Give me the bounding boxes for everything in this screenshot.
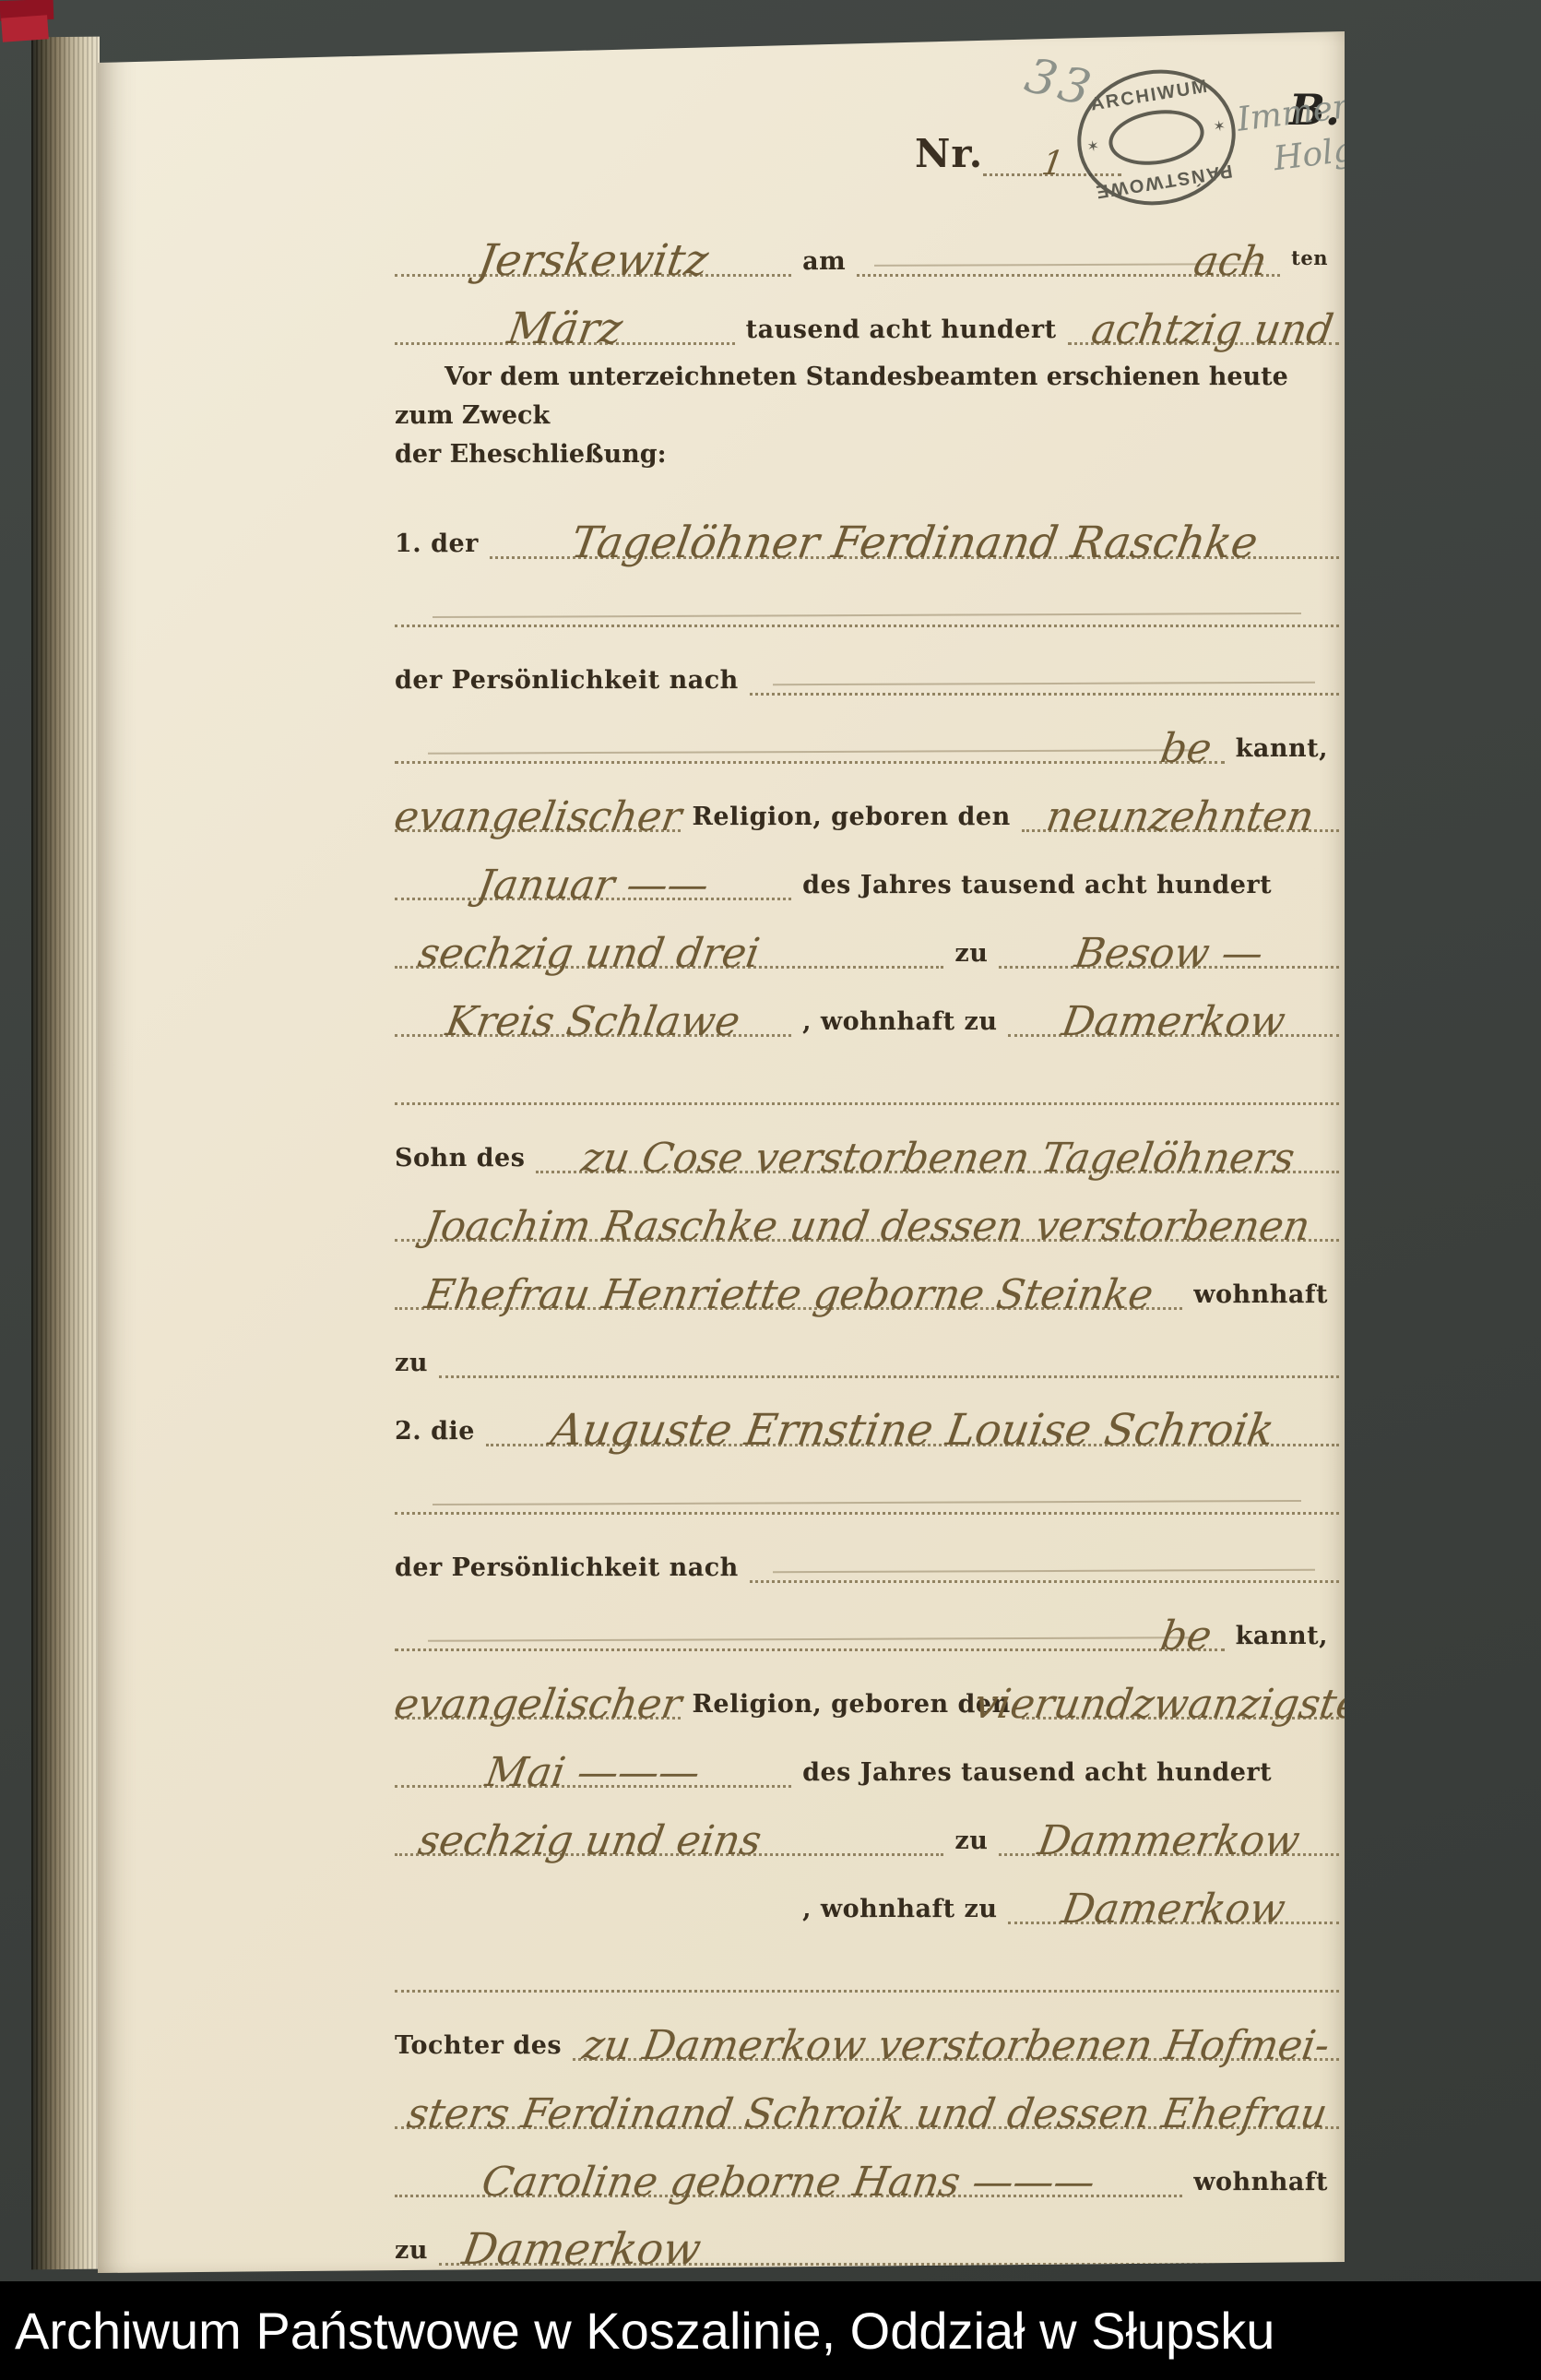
groom-name-row: 1. der Tagelöhner Ferdinand Raschke	[395, 491, 1339, 559]
pencil-annotation-number: 33	[1020, 48, 1099, 118]
form-column: Jerskewitz am ach ten März tausend acht …	[395, 208, 1339, 2266]
year-script: achtzig und acht.	[1088, 310, 1451, 351]
ink-stroke	[433, 612, 1301, 617]
pencil-annotation-note: Immersow Holg 7	[1235, 78, 1421, 185]
birth-year-script: sechzig und eins	[416, 1821, 765, 1862]
final-residence-script: Damerkow	[459, 2228, 704, 2271]
blank-line-row	[395, 1446, 1339, 1515]
religion-line: evangelischer	[395, 1648, 681, 1720]
place-line: Jerskewitz	[395, 206, 791, 277]
groom-religion-row: evangelischer Religion, geboren den neun…	[395, 764, 1339, 832]
stamp-star-icon: ✶	[1212, 116, 1227, 136]
residence-label: , wohnhaft zu	[791, 1897, 1008, 1924]
month-script: März	[504, 307, 625, 351]
groom-identity-row: der Persönlichkeit nach	[395, 627, 1339, 696]
birth-place-script: Besow —	[1073, 934, 1266, 974]
groom-index-label: 1. der	[395, 531, 490, 559]
known-label: kannt,	[1225, 736, 1339, 764]
identity-label: der Persönlichkeit nach	[395, 668, 750, 696]
ink-stroke	[773, 681, 1315, 685]
ink-stroke	[773, 1568, 1315, 1573]
bride-lineage-row4: zu Damerkow	[395, 2197, 1339, 2266]
wohnhaft-label: wohnhaft	[1182, 2170, 1339, 2197]
lineage-line1: zu Cose verstorbenen Tagelöhners	[536, 1102, 1339, 1173]
year-label: des Jahres tausend acht hundert	[791, 1760, 1283, 1788]
identity-line	[750, 1512, 1339, 1583]
groom-lineage-row4: zu	[395, 1310, 1339, 1378]
groom-lineage-row1: Sohn des zu Cose verstorbenen Tagelöhner…	[395, 1105, 1339, 1173]
groom-birth-year-row: sechzig und drei zu Besow —	[395, 900, 1339, 969]
year-label: des Jahres tausend acht hundert	[791, 873, 1283, 900]
birth-place-line: Dammerkow	[999, 1785, 1339, 1856]
blank-line-row	[395, 559, 1339, 627]
lineage-label: Sohn des	[395, 1146, 536, 1173]
religion-line: evangelischer	[395, 761, 681, 832]
form-row-place-date: Jerskewitz am ach ten	[395, 208, 1339, 277]
groom-lineage-row2: Joachim Raschke und dessen verstorbenen	[395, 1173, 1339, 1242]
ribbon-piece	[1, 15, 49, 42]
lineage-line1-script: zu Damerkow verstorbenen Hofmei-	[580, 2026, 1333, 2066]
ink-stroke	[428, 1636, 1191, 1642]
known-line: be	[395, 693, 1225, 764]
bride-residence-row: , wohnhaft zu Damerkow	[395, 1856, 1339, 1924]
residence-script: Damerkow	[1060, 1002, 1288, 1042]
zu-label: zu	[395, 1351, 439, 1378]
archive-caption-bar: Archiwum Państwowe w Koszalinie, Oddział…	[0, 2281, 1541, 2380]
place-script: Jerskewitz	[475, 239, 711, 282]
book-binding-edge	[31, 37, 100, 2270]
birth-year-script: sechzig und drei	[416, 934, 763, 974]
residence-label: , wohnhaft zu	[791, 1009, 1008, 1037]
groom-lineage-row3: Ehefrau Henriette geborne Steinke wohnha…	[395, 1242, 1339, 1310]
birth-month-script: Januar ——	[475, 865, 712, 906]
lineage-line3-script: Ehefrau Henriette geborne Steinke	[421, 1275, 1156, 1315]
religion-label: Religion, geboren den	[681, 1692, 1021, 1720]
stamp-star-icon: ✶	[1085, 137, 1100, 156]
bride-lineage-row2: sters Ferdinand Schroik und dessen Ehefr…	[395, 2061, 1339, 2129]
known-label: kannt,	[1225, 1624, 1339, 1651]
birth-day-script: vierundzwanzigsten	[971, 1684, 1389, 1725]
lineage-line2-script: sters Ferdinand Schroik und dessen Ehefr…	[404, 2094, 1330, 2135]
zu-label: zu	[395, 2238, 439, 2266]
district-script: Kreis Schlawe	[444, 1002, 743, 1042]
birth-place-line: Besow —	[999, 898, 1339, 969]
zu-label: zu	[943, 1828, 999, 1856]
identity-line	[750, 625, 1339, 696]
zu-label: zu	[943, 941, 999, 969]
groom-residence-row: Kreis Schlawe , wohnhaft zu Damerkow	[395, 969, 1339, 1037]
century-label: tausend acht hundert	[735, 317, 1068, 345]
nr-label: Nr.	[915, 131, 983, 176]
ten-label: ten	[1280, 248, 1339, 277]
known-script: be	[1158, 729, 1215, 769]
groom-name-line: Tagelöhner Ferdinand Raschke	[490, 488, 1339, 559]
religion-label: Religion, geboren den	[681, 804, 1021, 832]
intro-line2: der Eheschließung:	[395, 435, 1339, 474]
ink-stroke	[433, 1499, 1301, 1505]
bride-lineage-row1: Tochter des zu Damerkow verstorbenen Hof…	[395, 1993, 1339, 2061]
birth-place-script: Dammerkow	[1036, 1821, 1303, 1862]
red-ribbon-bookmark	[0, 0, 59, 44]
identity-label: der Persönlichkeit nach	[395, 1555, 750, 1583]
birth-month-script: Mai ———	[483, 1753, 703, 1793]
groom-known-row: be kannt,	[395, 696, 1339, 764]
bride-known-row: be kannt,	[395, 1583, 1339, 1651]
day-line: ach	[857, 206, 1280, 277]
religion-script: evangelischer	[392, 1684, 684, 1725]
known-script: be	[1158, 1616, 1215, 1657]
wohnhaft-label: wohnhaft	[1182, 1282, 1339, 1310]
known-line: be	[395, 1580, 1225, 1651]
bride-index-label: 2. die	[395, 1419, 486, 1446]
lineage-line2-script: Joachim Raschke und dessen verstorbenen	[421, 1207, 1312, 1247]
intro-paragraph: Vor dem unterzeichneten Standesbeamten e…	[395, 358, 1339, 474]
bride-identity-row: der Persönlichkeit nach	[395, 1515, 1339, 1583]
registry-page: B. 33 Nr. 1 ARCHIWUM ✶ ✶ PAŃSTWOWE Immer…	[98, 31, 1345, 2273]
groom-birth-month-row: Januar —— des Jahres tausend acht hunder…	[395, 832, 1339, 900]
bride-birth-year-row: sechzig und eins zu Dammerkow	[395, 1788, 1339, 1856]
bride-name-script: Auguste Ernstine Louise Schroik	[548, 1409, 1277, 1452]
religion-script: evangelischer	[392, 797, 684, 838]
bride-lineage-row3: Caroline geborne Hans ——— wohnhaft	[395, 2129, 1339, 2197]
groom-name-script: Tagelöhner Ferdinand Raschke	[568, 521, 1261, 565]
form-row-month-year: März tausend acht hundert achtzig und ac…	[395, 277, 1339, 345]
day-script: ach	[1191, 242, 1270, 282]
ink-stroke	[428, 749, 1191, 755]
bride-name-row: 2. die Auguste Ernstine Louise Schroik	[395, 1378, 1339, 1446]
blank-line-row	[395, 1037, 1339, 1105]
residence-script: Damerkow	[1060, 1889, 1288, 1930]
bride-birth-month-row: Mai ——— des Jahres tausend acht hundert	[395, 1720, 1339, 1788]
bride-religion-row: evangelischer Religion, geboren den vier…	[395, 1651, 1339, 1720]
bride-name-line: Auguste Ernstine Louise Schroik	[486, 1375, 1339, 1446]
am-label: am	[791, 249, 857, 277]
blank-line-row	[395, 1924, 1339, 1993]
lineage-label: Tochter des	[395, 2033, 573, 2061]
nr-value-script: 1	[1039, 148, 1066, 181]
birth-day-script: neunzehnten	[1044, 797, 1317, 838]
lineage-line1-script: zu Cose verstorbenen Tagelöhners	[578, 1138, 1297, 1179]
archive-caption-text: Archiwum Państwowe w Koszalinie, Oddział…	[0, 2301, 1274, 2361]
intro-line1: Vor dem unterzeichneten Standesbeamten e…	[395, 358, 1339, 435]
lineage-line1: zu Damerkow verstorbenen Hofmei-	[573, 1990, 1339, 2061]
lineage-line3-script: Caroline geborne Hans ———	[480, 2162, 1098, 2203]
